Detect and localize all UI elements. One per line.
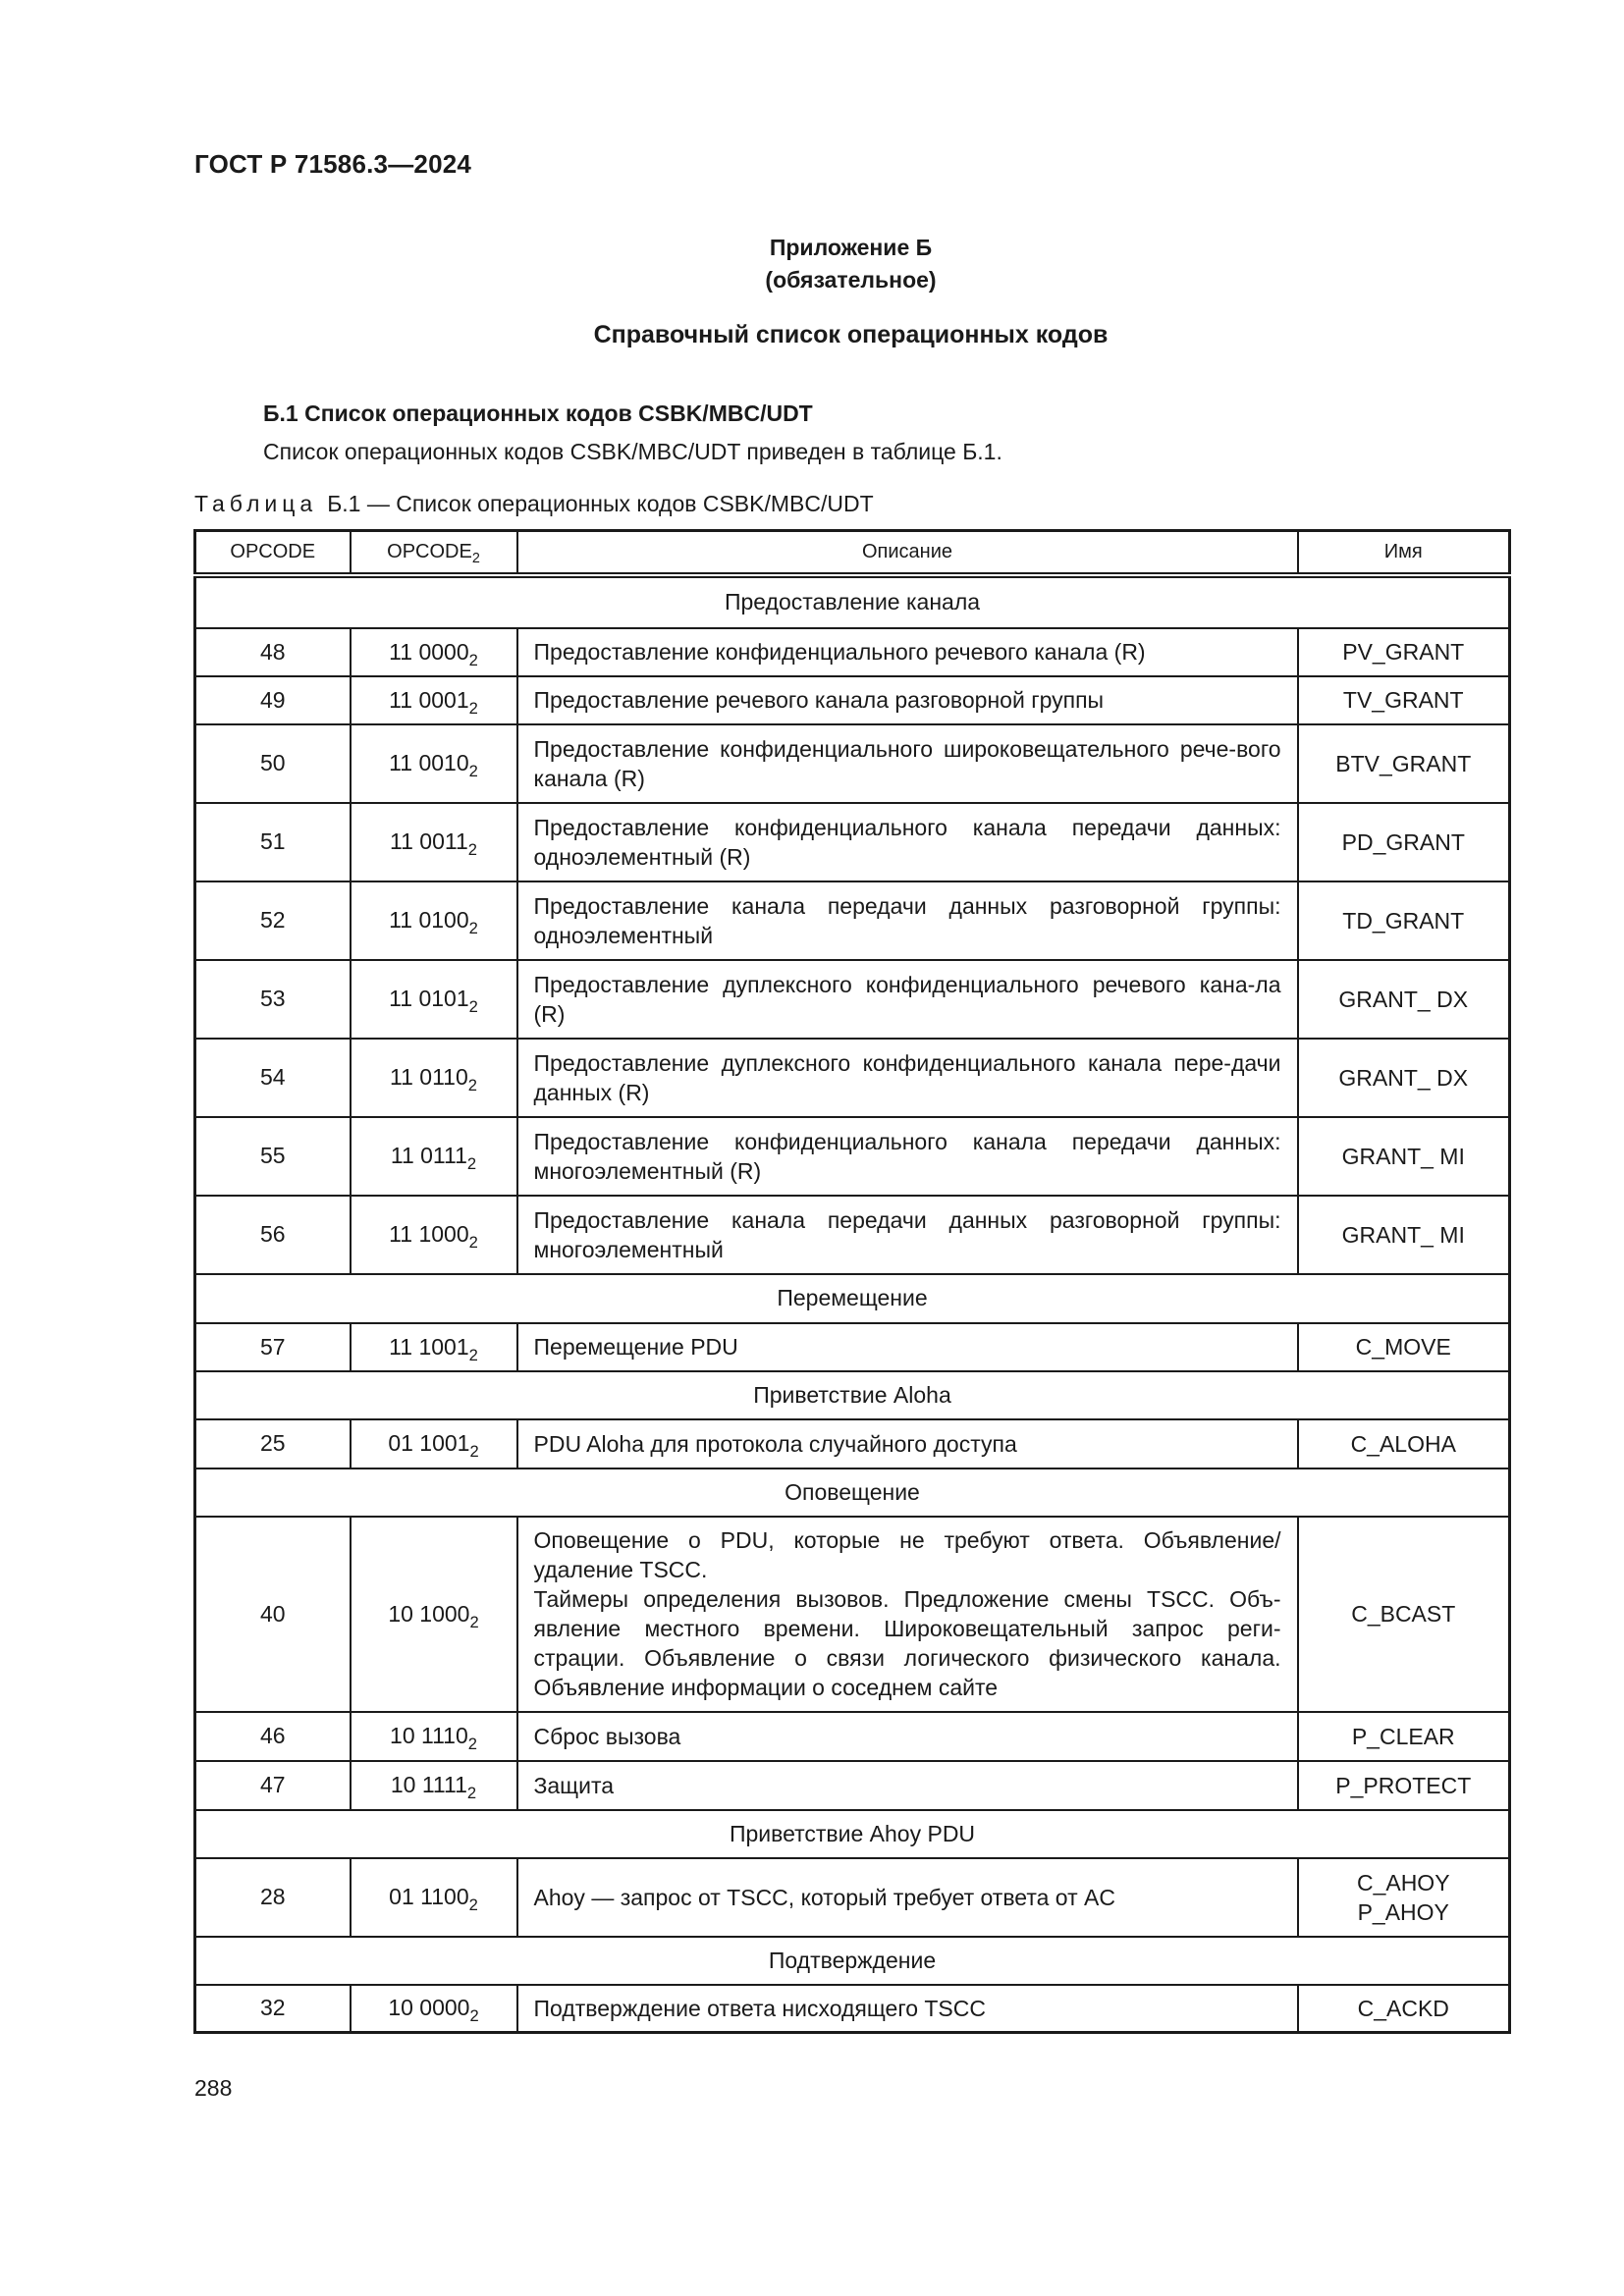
table-row: 5511 01112Предоставление конфиденциально… (195, 1117, 1510, 1196)
table-row: 2501 10012PDU Aloha для протокола случай… (195, 1419, 1510, 1468)
opcode-cell: 40 (195, 1517, 351, 1712)
binary-subscript: 2 (469, 1442, 478, 1461)
table-caption-text: Б.1 — Список операционных кодов CSBK/MBC… (327, 491, 873, 516)
binary-subscript: 2 (469, 919, 478, 937)
appendix-status: (обязательное) (0, 264, 1624, 296)
opcode-binary-cell: 10 11112 (351, 1761, 517, 1810)
opcode-binary-value: 11 0010 (389, 750, 468, 775)
binary-subscript: 2 (468, 1076, 477, 1095)
opcode-binary-value: 01 1100 (389, 1884, 468, 1909)
table-row: 5211 01002Предоставление канала передачи… (195, 881, 1510, 960)
description-cell: Ahoy — запрос от TSCC, который требует о… (517, 1858, 1298, 1937)
binary-subscript: 2 (469, 650, 478, 668)
name-cell: P_PROTECT (1298, 1761, 1510, 1810)
opcode-cell: 48 (195, 628, 351, 676)
description-cell: Предоставление конфиденциального канала … (517, 1117, 1298, 1196)
group-row: Оповещение (195, 1468, 1510, 1517)
name-cell: GRANT_ DX (1298, 1039, 1510, 1117)
opcode-cell: 50 (195, 724, 351, 803)
description-cell: Оповещение о PDU, которые не требуют отв… (517, 1517, 1298, 1712)
table-row: 5611 10002Предоставление канала передачи… (195, 1196, 1510, 1274)
name-cell: TV_GRANT (1298, 676, 1510, 724)
column-header-name: Имя (1298, 531, 1510, 575)
group-title: Перемещение (195, 1274, 1510, 1323)
group-row: Предоставление канала (195, 575, 1510, 628)
opcode-binary-value: 11 0111 (391, 1143, 467, 1168)
binary-subscript: 2 (469, 1233, 478, 1252)
opcode-binary-value: 11 0011 (390, 828, 468, 854)
opcode-binary-value: 11 0100 (389, 907, 468, 933)
appendix-title: Приложение Б (0, 232, 1624, 264)
document-code: ГОСТ Р 71586.3—2024 (194, 149, 471, 180)
binary-subscript: 2 (469, 1896, 478, 1914)
opcode-cell: 56 (195, 1196, 351, 1274)
group-row: Перемещение (195, 1274, 1510, 1323)
binary-subscript: 2 (469, 2006, 478, 2025)
group-title: Приветствие Ahoy PDU (195, 1810, 1510, 1858)
opcode-binary-value: 11 0101 (389, 986, 468, 1011)
table-caption-prefix: Таблица (194, 491, 317, 516)
description-cell: PDU Aloha для протокола случайного досту… (517, 1419, 1298, 1468)
opcode-binary-cell: 11 00002 (351, 628, 517, 676)
opcode-cell: 47 (195, 1761, 351, 1810)
name-cell: C_AHOYP_AHOY (1298, 1858, 1510, 1937)
opcode-binary-cell: 11 01102 (351, 1039, 517, 1117)
binary-subscript: 2 (468, 840, 477, 859)
opcode-table: OPCODE OPCODE2 Описание Имя Предоставлен… (193, 529, 1511, 2034)
opcode-cell: 46 (195, 1712, 351, 1761)
table-row: 5011 00102Предоставление конфиденциально… (195, 724, 1510, 803)
binary-subscript: 2 (469, 698, 478, 717)
group-row: Приветствие Ahoy PDU (195, 1810, 1510, 1858)
opcode-binary-cell: 10 10002 (351, 1517, 517, 1712)
name-cell: C_ALOHA (1298, 1419, 1510, 1468)
binary-subscript: 2 (469, 1345, 478, 1363)
name-cell: P_CLEAR (1298, 1712, 1510, 1761)
binary-subscript: 2 (467, 1784, 476, 1802)
binary-subscript: 2 (468, 1735, 477, 1753)
column-header-description: Описание (517, 531, 1298, 575)
opcode-cell: 52 (195, 881, 351, 960)
opcode-binary-value: 10 1111 (391, 1772, 467, 1797)
description-cell: Предоставление дуплексного конфиденциаль… (517, 960, 1298, 1039)
group-title: Оповещение (195, 1468, 1510, 1517)
opcode-binary-cell: 11 01012 (351, 960, 517, 1039)
opcode-binary-value: 11 0110 (390, 1064, 468, 1090)
name-cell: TD_GRANT (1298, 881, 1510, 960)
name-cell: GRANT_ MI (1298, 1117, 1510, 1196)
table-row: 5111 00112Предоставление конфиденциально… (195, 803, 1510, 881)
description-cell: Предоставление конфиденциального речевог… (517, 628, 1298, 676)
binary-subscript: 2 (472, 551, 480, 566)
opcode-binary-cell: 10 00002 (351, 1985, 517, 2033)
opcode-binary-value: 10 1000 (388, 1601, 469, 1627)
table-row: 4710 11112ЗащитаP_PROTECT (195, 1761, 1510, 1810)
opcode-binary-cell: 11 10002 (351, 1196, 517, 1274)
binary-subscript: 2 (469, 1612, 478, 1630)
group-row: Приветствие Aloha (195, 1371, 1510, 1419)
opcode-cell: 49 (195, 676, 351, 724)
subsection-heading: Б.1 Список операционных кодов CSBK/MBC/U… (263, 400, 813, 427)
table-row: 3210 00002Подтверждение ответа нисходяще… (195, 1985, 1510, 2033)
opcode-cell: 53 (195, 960, 351, 1039)
opcode-binary-cell: 11 00012 (351, 676, 517, 724)
page-number: 288 (194, 2075, 232, 2102)
table-body: Предоставление канала4811 00002Предостав… (195, 575, 1510, 2033)
opcode-binary-value: 11 0000 (389, 639, 468, 665)
name-cell: PV_GRANT (1298, 628, 1510, 676)
description-cell: Сброс вызова (517, 1712, 1298, 1761)
table-row: 4911 00012Предоставление речевого канала… (195, 676, 1510, 724)
opcode-binary-value: 11 1001 (389, 1334, 468, 1360)
description-cell: Предоставление канала передачи данных ра… (517, 1196, 1298, 1274)
group-title: Подтверждение (195, 1937, 1510, 1985)
opcode-binary-cell: 11 00112 (351, 803, 517, 881)
table-row: 4010 10002Оповещение о PDU, которые не т… (195, 1517, 1510, 1712)
opcode-binary-value: 01 1001 (388, 1430, 469, 1456)
opcode-binary-value: 11 1000 (389, 1221, 468, 1247)
table-row: 4811 00002Предоставление конфиденциально… (195, 628, 1510, 676)
description-cell: Предоставление дуплексного конфиденциаль… (517, 1039, 1298, 1117)
appendix-heading: Приложение Б (обязательное) (0, 232, 1624, 296)
name-cell: PD_GRANT (1298, 803, 1510, 881)
opcode-cell: 32 (195, 1985, 351, 2033)
group-row: Подтверждение (195, 1937, 1510, 1985)
description-cell: Предоставление конфиденциального канала … (517, 803, 1298, 881)
opcode-binary-cell: 11 10012 (351, 1323, 517, 1371)
opcode-cell: 57 (195, 1323, 351, 1371)
binary-subscript: 2 (467, 1154, 476, 1173)
column-header-opcode-binary: OPCODE2 (351, 531, 517, 575)
group-title: Предоставление канала (195, 575, 1510, 628)
opcode-binary-cell: 01 11002 (351, 1858, 517, 1937)
name-cell: GRANT_ DX (1298, 960, 1510, 1039)
opcode-cell: 28 (195, 1858, 351, 1937)
opcode-binary-cell: 11 01112 (351, 1117, 517, 1196)
description-cell: Подтверждение ответа нисходящего TSCC (517, 1985, 1298, 2033)
opcode-cell: 54 (195, 1039, 351, 1117)
table-row: 5411 01102Предоставление дуплексного кон… (195, 1039, 1510, 1117)
opcode-cell: 25 (195, 1419, 351, 1468)
table-header-row: OPCODE OPCODE2 Описание Имя (195, 531, 1510, 575)
opcode-cell: 51 (195, 803, 351, 881)
table-row: 4610 11102Сброс вызоваP_CLEAR (195, 1712, 1510, 1761)
name-cell: C_ACKD (1298, 1985, 1510, 2033)
name-cell: C_MOVE (1298, 1323, 1510, 1371)
opcode-binary-value: 11 0001 (389, 687, 468, 713)
opcode-cell: 55 (195, 1117, 351, 1196)
table-row: 5711 10012Перемещение PDUC_MOVE (195, 1323, 1510, 1371)
table-caption: ТаблицаБ.1 — Список операционных кодов C… (194, 491, 874, 517)
name-cell: GRANT_ MI (1298, 1196, 1510, 1274)
description-cell: Предоставление конфиденциального широков… (517, 724, 1298, 803)
opcode-binary-value: 10 0000 (388, 1995, 469, 2020)
table-row: 5311 01012Предоставление дуплексного кон… (195, 960, 1510, 1039)
name-cell: C_BCAST (1298, 1517, 1510, 1712)
opcode-binary-cell: 10 11102 (351, 1712, 517, 1761)
description-cell: Предоставление речевого канала разговорн… (517, 676, 1298, 724)
opcode-binary-value: 10 1110 (390, 1723, 468, 1748)
description-cell: Перемещение PDU (517, 1323, 1298, 1371)
description-cell: Защита (517, 1761, 1298, 1810)
section-title: Справочный список операционных кодов (0, 321, 1624, 349)
name-cell: BTV_GRANT (1298, 724, 1510, 803)
column-header-opcode-binary-label: OPCODE (387, 541, 472, 562)
opcode-binary-cell: 11 01002 (351, 881, 517, 960)
intro-paragraph: Список операционных кодов CSBK/MBC/UDT п… (263, 439, 1002, 465)
binary-subscript: 2 (469, 762, 478, 780)
opcode-binary-cell: 01 10012 (351, 1419, 517, 1468)
binary-subscript: 2 (469, 997, 478, 1016)
group-title: Приветствие Aloha (195, 1371, 1510, 1419)
description-cell: Предоставление канала передачи данных ра… (517, 881, 1298, 960)
table-row: 2801 11002Ahoy — запрос от TSCC, который… (195, 1858, 1510, 1937)
opcode-binary-cell: 11 00102 (351, 724, 517, 803)
column-header-opcode: OPCODE (195, 531, 351, 575)
